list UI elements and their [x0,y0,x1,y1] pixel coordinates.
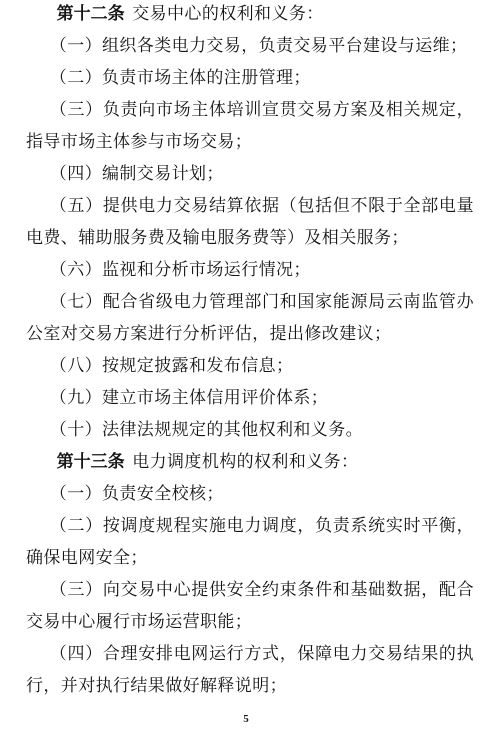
article-12-number: 第十二条 [57,4,125,23]
article-12-item-2: （二）负责市场主体的注册管理； [26,62,474,94]
article-13-item-1: （一）负责安全校核； [26,478,474,510]
article-12-heading: 第十二条交易中心的权利和义务： [26,0,474,30]
article-13-heading: 第十三条电力调度机构的权利和义务： [26,446,474,478]
article-12-item-3: （三）负责向市场主体培训宣贯交易方案及相关规定，指导市场主体参与市场交易； [26,94,474,158]
article-12-item-1: （一）组织各类电力交易，负责交易平台建设与运维； [26,30,474,62]
article-12-item-10: （十）法律法规规定的其他权利和义务。 [26,414,474,446]
article-12-item-8: （八）按规定披露和发布信息； [26,350,474,382]
document-page: 第十二条交易中心的权利和义务： （一）组织各类电力交易，负责交易平台建设与运维；… [0,0,492,745]
article-13-item-3: （三）向交易中心提供安全约束条件和基础数据，配合交易中心履行市场运营职能； [26,574,474,638]
article-12-title: 交易中心的权利和义务： [132,4,323,23]
article-12-item-5: （五）提供电力交易结算依据（包括但不限于全部电量电费、辅助服务费及输电服务费等）… [26,190,474,254]
article-13-title: 电力调度机构的权利和义务： [132,452,358,471]
article-13-item-4: （四）合理安排电网运行方式，保障电力交易结果的执行，并对执行结果做好解释说明； [26,638,474,702]
document-body: 第十二条交易中心的权利和义务： （一）组织各类电力交易，负责交易平台建设与运维；… [0,0,474,702]
article-12-item-4: （四）编制交易计划； [26,158,474,190]
article-12-item-9: （九）建立市场主体信用评价体系； [26,382,474,414]
article-12-item-6: （六）监视和分析市场运行情况； [26,254,474,286]
article-13-item-2: （二）按调度规程实施电力调度，负责系统实时平衡，确保电网安全； [26,510,474,574]
page-number: 5 [0,713,492,725]
article-12-item-7: （七）配合省级电力管理部门和国家能源局云南监管办公室对交易方案进行分析评估，提出… [26,286,474,350]
article-13-number: 第十三条 [57,452,125,471]
